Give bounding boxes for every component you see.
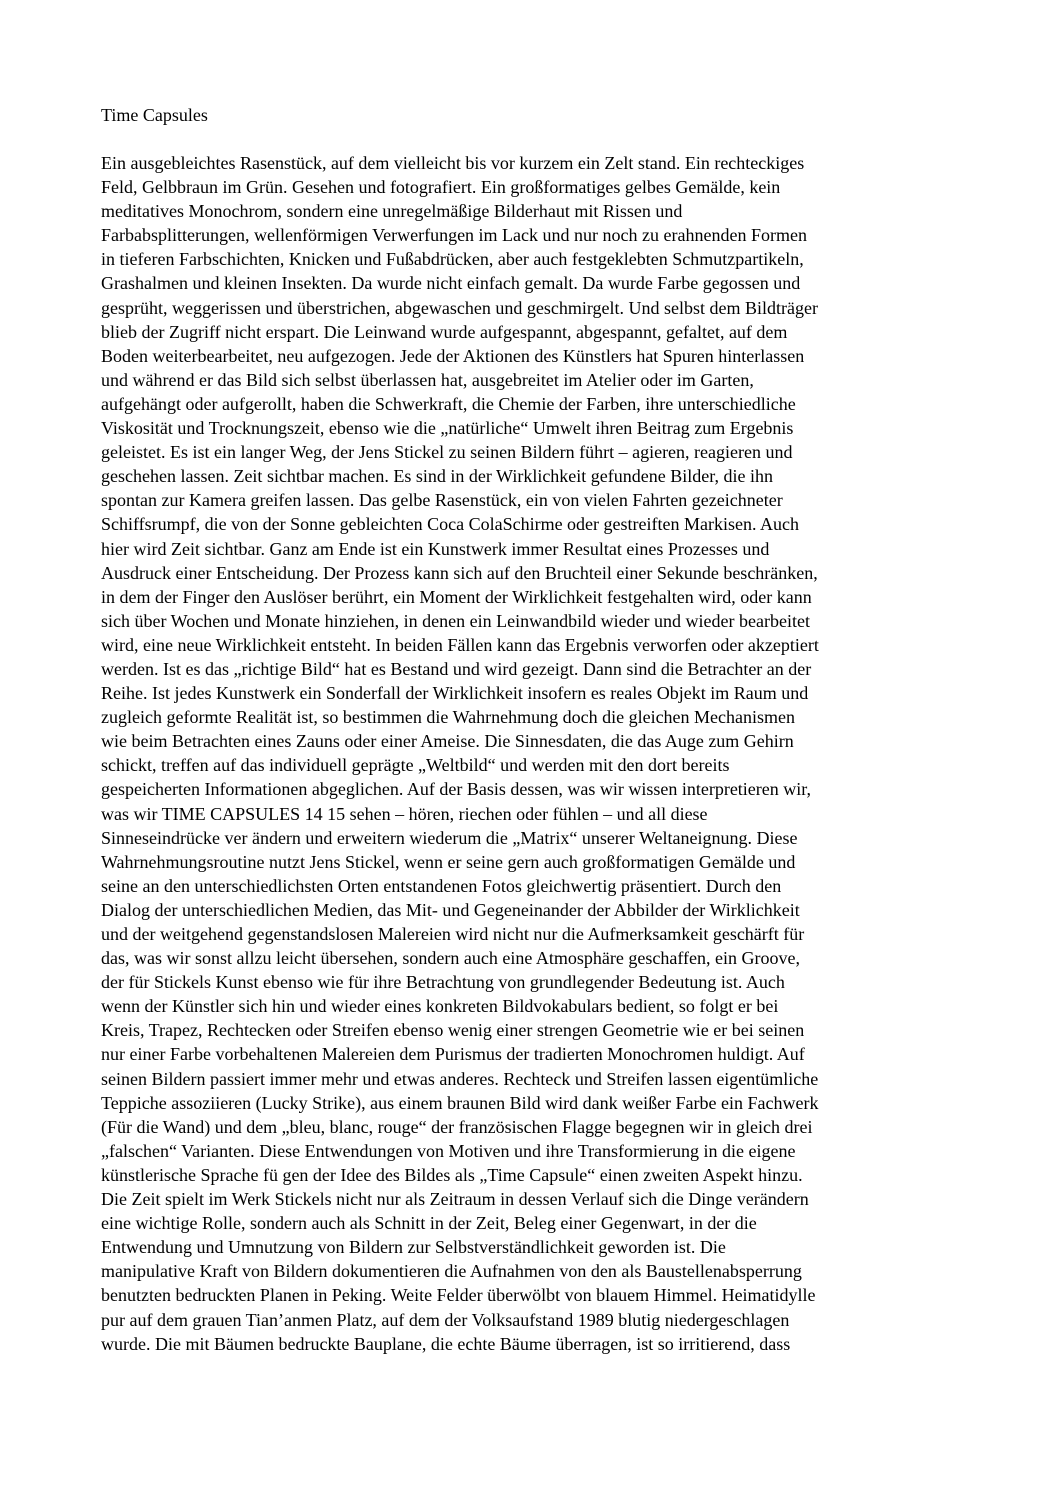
body-line: aufgehängt oder aufgerollt, haben die Sc… (101, 392, 1001, 416)
body-line: hier wird Zeit sichtbar. Ganz am Ende is… (101, 537, 1001, 561)
body-line: Wahrnehmungsroutine nutzt Jens Stickel, … (101, 850, 1001, 874)
body-line: geschehen lassen. Zeit sichtbar machen. … (101, 464, 1001, 488)
body-line: Grashalmen und kleinen Insekten. Da wurd… (101, 271, 1001, 295)
body-line: Entwendung und Umnutzung von Bildern zur… (101, 1235, 1001, 1259)
body-line: und der weitgehend gegenstandslosen Male… (101, 922, 1001, 946)
body-line: künstlerische Sprache fü gen der Idee de… (101, 1163, 1001, 1187)
body-line: wenn der Künstler sich hin und wieder ei… (101, 994, 1001, 1018)
body-line: Reihe. Ist jedes Kunstwerk ein Sonderfal… (101, 681, 1001, 705)
body-line: der für Stickels Kunst ebenso wie für ih… (101, 970, 1001, 994)
body-line: sich über Wochen und Monate hinziehen, i… (101, 609, 1001, 633)
body-line: Teppiche assoziieren (Lucky Strike), aus… (101, 1091, 1001, 1115)
body-line: in tieferen Farbschichten, Knicken und F… (101, 247, 1001, 271)
body-line: pur auf dem grauen Tian’anmen Platz, auf… (101, 1308, 1001, 1332)
body-line: gesprüht, weggerissen und überstrichen, … (101, 296, 1001, 320)
document-page: Time Capsules Ein ausgebleichtes Rasenst… (0, 0, 1058, 1497)
body-line: Farbabsplitterungen, wellenförmigen Verw… (101, 223, 1001, 247)
body-line: meditatives Monochrom, sondern eine unre… (101, 199, 1001, 223)
body-line: schickt, treffen auf das individuell gep… (101, 753, 1001, 777)
body-line: was wir TIME CAPSULES 14 15 sehen – höre… (101, 802, 1001, 826)
document-body: Ein ausgebleichtes Rasenstück, auf dem v… (101, 151, 1001, 1356)
body-line: benutzten bedruckten Planen in Peking. W… (101, 1283, 1001, 1307)
body-line: wird, eine neue Wirklichkeit entsteht. I… (101, 633, 1001, 657)
body-line: seine an den unterschiedlichsten Orten e… (101, 874, 1001, 898)
body-line: in dem der Finger den Auslöser berührt, … (101, 585, 1001, 609)
body-line: geleistet. Es ist ein langer Weg, der Je… (101, 440, 1001, 464)
body-line: Kreis, Trapez, Rechtecken oder Streifen … (101, 1018, 1001, 1042)
body-line: wurde. Die mit Bäumen bedruckte Bauplane… (101, 1332, 1001, 1356)
body-line: Viskosität und Trocknungszeit, ebenso wi… (101, 416, 1001, 440)
body-line: seinen Bildern passiert immer mehr und e… (101, 1067, 1001, 1091)
body-line: gespeicherten Informationen abgeglichen.… (101, 777, 1001, 801)
body-line: Schiffsrumpf, die von der Sonne gebleich… (101, 512, 1001, 536)
body-line: blieb der Zugriff nicht erspart. Die Lei… (101, 320, 1001, 344)
body-line: (Für die Wand) und dem „bleu, blanc, rou… (101, 1115, 1001, 1139)
body-line: manipulative Kraft von Bildern dokumenti… (101, 1259, 1001, 1283)
body-line: zugleich geformte Realität ist, so besti… (101, 705, 1001, 729)
body-line: Sinneseindrücke ver ändern und erweitern… (101, 826, 1001, 850)
body-line: Ausdruck einer Entscheidung. Der Prozess… (101, 561, 1001, 585)
body-line: und während er das Bild sich selbst über… (101, 368, 1001, 392)
body-line: Die Zeit spielt im Werk Stickels nicht n… (101, 1187, 1001, 1211)
body-line: Feld, Gelbbraun im Grün. Gesehen und fot… (101, 175, 1001, 199)
body-line: wie beim Betrachten eines Zauns oder ein… (101, 729, 1001, 753)
body-line: das, was wir sonst allzu leicht übersehe… (101, 946, 1001, 970)
body-line: werden. Ist es das „richtige Bild“ hat e… (101, 657, 1001, 681)
body-line: nur einer Farbe vorbehaltenen Malereien … (101, 1042, 1001, 1066)
body-line: Ein ausgebleichtes Rasenstück, auf dem v… (101, 151, 1001, 175)
body-line: Dialog der unterschiedlichen Medien, das… (101, 898, 1001, 922)
body-line: eine wichtige Rolle, sondern auch als Sc… (101, 1211, 1001, 1235)
body-line: spontan zur Kamera greifen lassen. Das g… (101, 488, 1001, 512)
body-line: „falschen“ Varianten. Diese Entwendungen… (101, 1139, 1001, 1163)
body-line: Boden weiterbearbeitet, neu aufgezogen. … (101, 344, 1001, 368)
document-title: Time Capsules (101, 103, 208, 127)
